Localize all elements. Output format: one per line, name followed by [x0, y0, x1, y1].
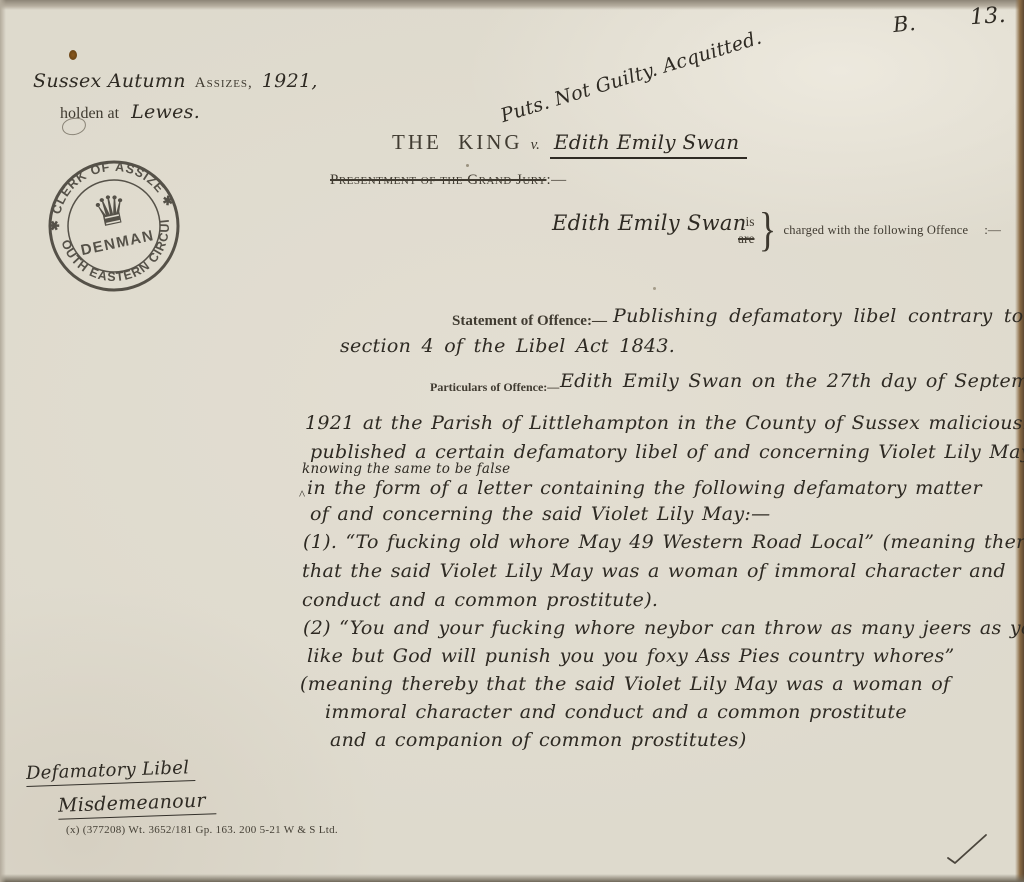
verdict-annotation: Puts. Not Guilty. Acquitted.: [498, 27, 764, 127]
endorsement-classification-handwritten: Misdemeanour: [58, 789, 217, 819]
particulars-line: published a certain defamatory libel of …: [310, 441, 1024, 463]
particulars-line: like but God will punish you you foxy As…: [307, 645, 955, 667]
particulars-line: 1921 at the Parish of Littlehampton in t…: [305, 412, 1024, 434]
assizes-printed-label: Assizes,: [195, 75, 253, 92]
statement-handwritten-line-2: section 4 of the Libel Act 1843.: [340, 335, 675, 357]
case-title: THE KING v. Edith Emily Swan: [392, 130, 747, 159]
endorsement-offence-handwritten: Defamatory Libel: [26, 757, 196, 787]
assize-town-handwritten: Lewes.: [131, 101, 200, 123]
printer-imprint-footer: (x) (377208) Wt. 3652/181 Gp. 163. 200 5…: [66, 824, 338, 836]
interlineated-insertion: knowing the same to be false: [302, 461, 510, 477]
holden-printed-label: holden at: [60, 105, 119, 123]
assizes-heading: Sussex Autumn Assizes, 1921,: [33, 70, 318, 92]
are-word-struck: are: [738, 230, 754, 247]
particulars-of-offence-label: Particulars of Offence:—: [430, 380, 559, 395]
insertion-caret: ^: [299, 487, 305, 503]
corner-letter-annotation: B.: [892, 11, 917, 37]
presentment-tail: :—: [546, 172, 566, 188]
case-title-crown-party: THE KING: [392, 130, 523, 155]
particulars-line: conduct and a common prostitute).: [302, 589, 658, 611]
charge-defendant-name: Edith Emily Swan: [552, 211, 747, 235]
charge-statement-row: is are } charged with the following Offe…: [738, 206, 1001, 254]
document-photo: { "corner": { "letter": "B.", "number": …: [0, 0, 1024, 882]
particulars-line: (2) “You and your fucking whore neybor c…: [303, 617, 1024, 639]
photo-edge-bottom: [0, 874, 1024, 882]
particulars-line: and a companion of common prostitutes): [330, 729, 747, 751]
particulars-line: immoral character and conduct and a comm…: [325, 701, 907, 723]
presentment-struck-text: Presentment of the Grand Jury: [330, 172, 546, 188]
charge-tail-punctuation: :—: [984, 222, 1001, 238]
corner-number-annotation: 13.: [969, 3, 1007, 30]
clerk-of-assize-stamp: ✱ CLERK OF ASSIZE ✱ SOUTH EASTERN CIRCUI…: [31, 143, 197, 309]
particulars-line: (1). “To fucking old whore May 49 Wester…: [303, 531, 1024, 553]
particulars-line: in the form of a letter containing the f…: [307, 477, 982, 499]
holden-at-line: holden at Lewes.: [60, 101, 200, 123]
assizes-county-handwritten: Sussex Autumn: [33, 70, 186, 92]
presentment-line: Presentment of the Grand Jury:—: [330, 172, 567, 189]
defendant-name-handwritten: Edith Emily Swan: [550, 130, 748, 159]
statement-of-offence-label: Statement of Offence:—: [452, 313, 607, 330]
charged-with-offence-text: charged with the following Offence: [784, 223, 969, 238]
particulars-line: of and concerning the said Violet Lily M…: [310, 503, 770, 525]
is-are-stack: is are: [738, 213, 754, 247]
assizes-year-handwritten: 1921,: [262, 70, 318, 92]
particulars-line: Edith Emily Swan on the 27th day of Sept…: [560, 370, 1024, 392]
versus-abbreviation: v.: [531, 137, 540, 154]
paper-speck: [466, 164, 469, 167]
stamp-graphic: ✱ CLERK OF ASSIZE ✱ SOUTH EASTERN CIRCUI…: [31, 143, 197, 309]
statement-handwritten-line-1: Publishing defamatory libel contrary to: [613, 305, 1024, 327]
paper-speck: [653, 287, 656, 290]
is-word: is: [745, 213, 754, 230]
photo-edge-top: [0, 0, 1024, 10]
photo-edge-left: [0, 0, 6, 882]
curly-brace: }: [759, 206, 776, 254]
particulars-line: (meaning thereby that the said Violet Li…: [300, 673, 950, 695]
paper-stain-fleck: [69, 50, 77, 60]
particulars-line: that the said Violet Lily May was a woma…: [302, 560, 1006, 582]
checkmark-icon: [944, 832, 990, 868]
crown-icon: ♛: [89, 185, 134, 237]
